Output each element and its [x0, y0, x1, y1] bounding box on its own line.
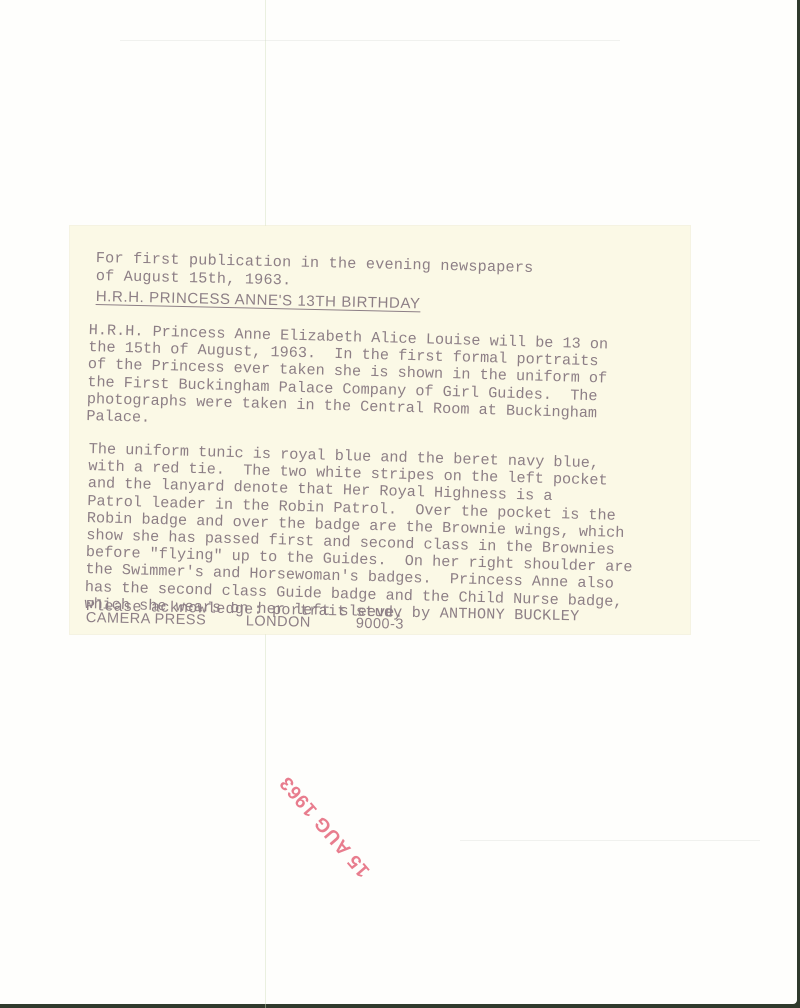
reference-number: 9000-3: [356, 616, 404, 633]
photo-verso-page: For first publication in the evening new…: [0, 0, 797, 1004]
agency-city: LONDON: [246, 613, 356, 631]
show-through-mark: [460, 840, 760, 841]
show-through-mark: [120, 40, 620, 41]
caption-paragraph-1: H.R.H. Princess Anne Elizabeth Alice Lou…: [86, 322, 608, 440]
agency-name: CAMERA PRESS: [86, 610, 246, 629]
date-stamp: 15 AUG 1963: [275, 771, 375, 881]
